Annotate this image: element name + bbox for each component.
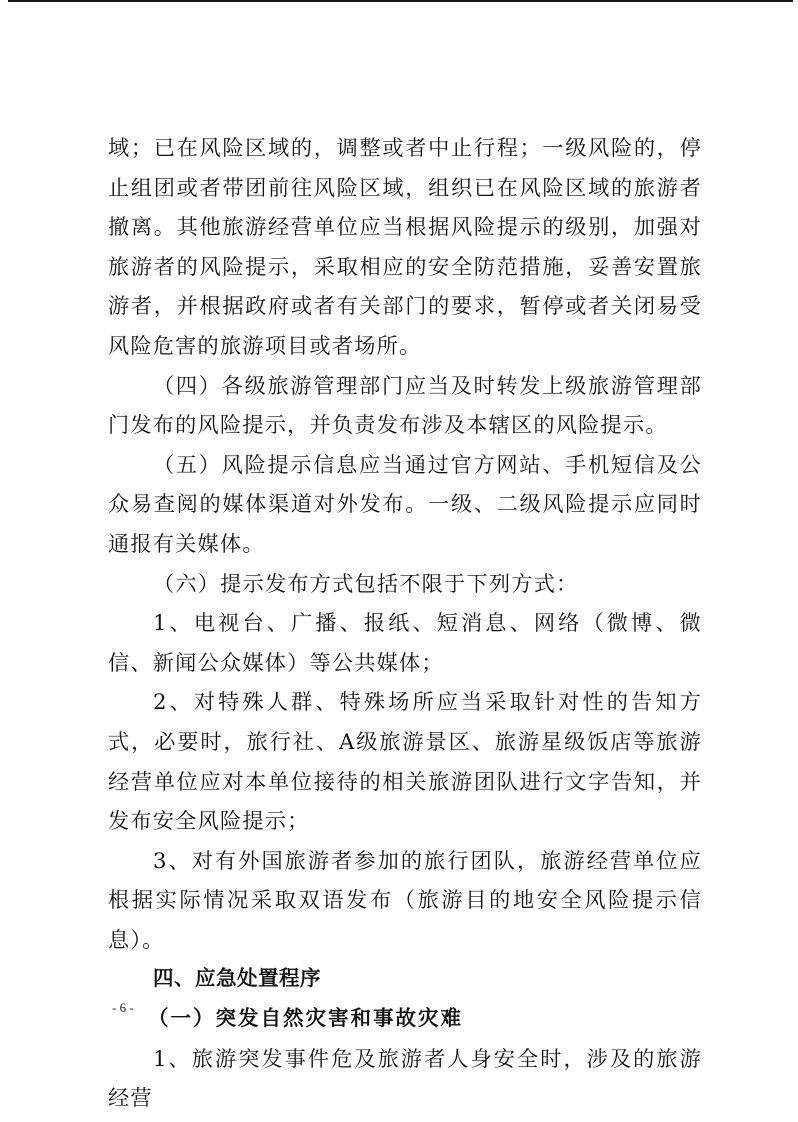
subsection-heading: （一）突发自然灾害和事故灾难	[108, 999, 702, 1039]
paragraph-item-4: （四）各级旅游管理部门应当及时转发上级旅游管理部门发布的风险提示，并负责发布涉及…	[108, 366, 702, 445]
paragraph-item-5: （五）风险提示信息应当通过官方网站、手机短信及公众易查阅的媒体渠道对外发布。一级…	[108, 445, 702, 564]
section-heading: 四、应急处置程序	[108, 959, 702, 999]
page-number: - 6 -	[112, 1000, 134, 1016]
paragraph-item-6: （六）提示发布方式包括不限于下列方式：	[108, 564, 702, 604]
list-item-1: 1、电视台、广播、报纸、短消息、网络（微博、微信、新闻公众媒体）等公共媒体；	[108, 603, 702, 682]
list-item-3: 3、对有外国旅游者参加的旅行团队，旅游经营单位应根据实际情况采取双语发布（旅游目…	[108, 841, 702, 960]
document-body: 域；已在风险区域的，调整或者中止行程；一级风险的，停止组团或者带团前往风险区域，…	[108, 128, 702, 1118]
list-item-2: 2、对特殊人群、特殊场所应当采取针对性的告知方式，必要时，旅行社、A级旅游景区、…	[108, 682, 702, 840]
paragraph-emergency-1: 1、旅游突发事件危及旅游者人身安全时，涉及的旅游经营	[108, 1039, 702, 1118]
paragraph-continued-risk-response: 域；已在风险区域的，调整或者中止行程；一级风险的，停止组团或者带团前往风险区域，…	[108, 128, 702, 366]
scan-top-border	[8, 0, 793, 2]
